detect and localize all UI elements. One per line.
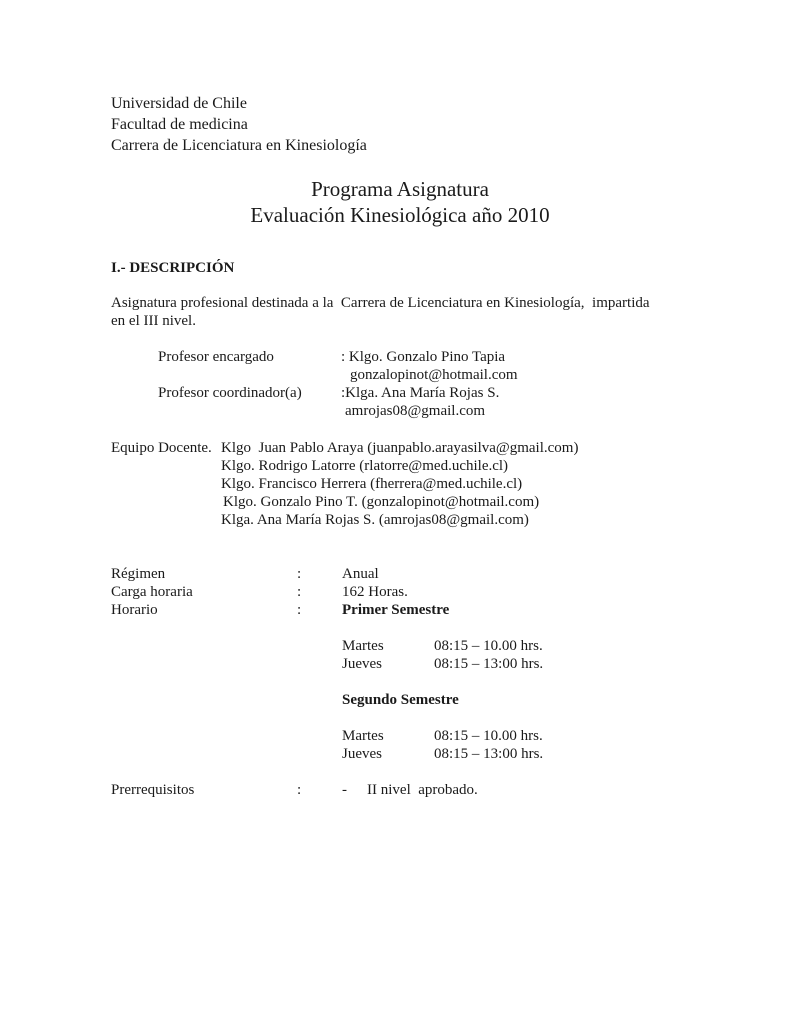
professor-coordinator-email: amrojas08@gmail.com xyxy=(345,402,485,420)
prerequisites-bullet: - xyxy=(342,781,347,799)
team-label: Equipo Docente. xyxy=(111,439,212,457)
semester-1-heading: Primer Semestre xyxy=(342,601,449,619)
professor-coordinator-value: :Klga. Ana María Rojas S. xyxy=(341,384,499,402)
description-line-1: Asignatura profesional destinada a la Ca… xyxy=(111,294,701,312)
semester-2-day: Martes xyxy=(342,727,384,745)
team-member: Klgo. Gonzalo Pino T. (gonzalopinot@hotm… xyxy=(223,493,539,511)
semester-1-day: Jueves xyxy=(342,655,382,673)
semester-1-time: 08:15 – 13:00 hrs. xyxy=(434,655,543,673)
team-member: Klgo Juan Pablo Araya (juanpablo.arayasi… xyxy=(221,439,578,457)
regimen-value: Anual xyxy=(342,565,379,583)
semester-2-day: Jueves xyxy=(342,745,382,763)
document-subtitle: Evaluación Kinesiológica año 2010 xyxy=(0,202,800,228)
carga-horaria-colon: : xyxy=(297,583,301,601)
professor-coordinator-label: Profesor coordinador(a) xyxy=(158,384,302,402)
team-member: Klga. Ana María Rojas S. (amrojas08@gmai… xyxy=(221,511,529,529)
semester-2-time: 08:15 – 10.00 hrs. xyxy=(434,727,543,745)
regimen-label: Régimen xyxy=(111,565,165,583)
prerequisites-value: II nivel aprobado. xyxy=(367,781,478,799)
horario-label: Horario xyxy=(111,601,158,619)
section-heading-descripcion: I.- DESCRIPCIÓN xyxy=(111,259,234,277)
faculty-name: Facultad de medicina xyxy=(111,114,248,135)
semester-2-heading: Segundo Semestre xyxy=(342,691,459,709)
professor-in-charge-value: : Klgo. Gonzalo Pino Tapia xyxy=(341,348,505,366)
description-text: Asignatura profesional destinada a la Ca… xyxy=(111,294,701,312)
prerequisites-label: Prerrequisitos xyxy=(111,781,194,799)
carga-horaria-value: 162 Horas. xyxy=(342,583,408,601)
semester-2-time: 08:15 – 13:00 hrs. xyxy=(434,745,543,763)
semester-1-day: Martes xyxy=(342,637,384,655)
description-line-2: en el III nivel. xyxy=(111,312,196,330)
professor-in-charge-email: gonzalopinot@hotmail.com xyxy=(350,366,518,384)
prerequisites-colon: : xyxy=(297,781,301,799)
semester-1-time: 08:15 – 10.00 hrs. xyxy=(434,637,543,655)
horario-colon: : xyxy=(297,601,301,619)
team-member: Klgo. Francisco Herrera (fherrera@med.uc… xyxy=(221,475,522,493)
regimen-colon: : xyxy=(297,565,301,583)
document-title: Programa Asignatura xyxy=(0,176,800,202)
career-name: Carrera de Licenciatura en Kinesiología xyxy=(111,135,367,156)
team-member: Klgo. Rodrigo Latorre (rlatorre@med.uchi… xyxy=(221,457,508,475)
carga-horaria-label: Carga horaria xyxy=(111,583,193,601)
institution-name: Universidad de Chile xyxy=(111,93,247,114)
professor-in-charge-label: Profesor encargado xyxy=(158,348,274,366)
